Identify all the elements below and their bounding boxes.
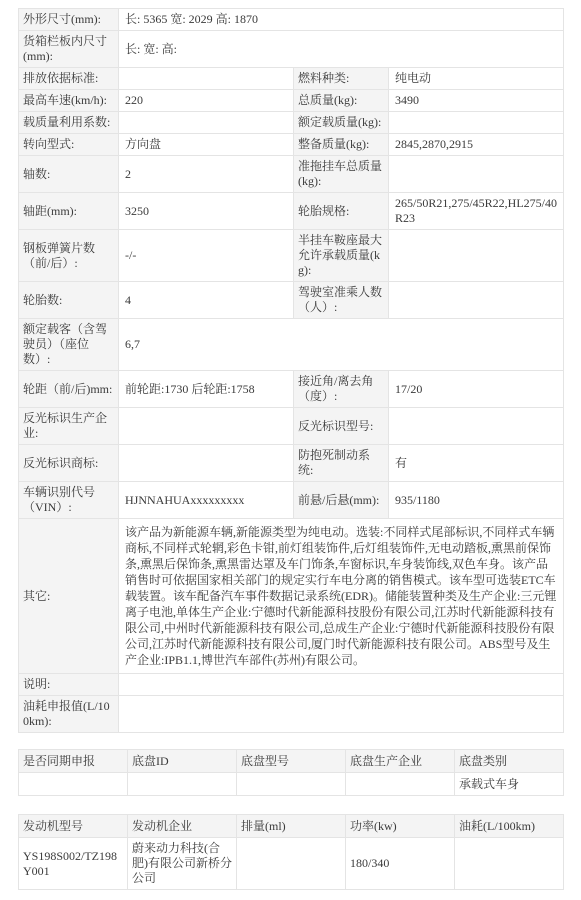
- spec-label: 载质量利用系数:: [19, 112, 119, 134]
- spec-row-axles-trailer: 轴数: 2 准拖挂车总质量(kg):: [19, 156, 564, 193]
- spec-value: [389, 282, 564, 319]
- spec-value: 935/1180: [389, 482, 564, 519]
- spec-row-tire-count-cab: 轮胎数: 4 驾驶室准乘人数（人）:: [19, 282, 564, 319]
- spec-label: 额定载质量(kg):: [294, 112, 389, 134]
- spec-value: [119, 696, 564, 733]
- spec-value: -/-: [119, 230, 294, 282]
- spec-label: 排放依据标准:: [19, 68, 119, 90]
- spec-row-springs-saddle: 钢板弹簧片数（前/后）: -/- 半挂车鞍座最大允许承载质量(kg):: [19, 230, 564, 282]
- spec-value: 有: [389, 445, 564, 482]
- spec-value: 265/50R21,275/45R22,HL275/40R23: [389, 193, 564, 230]
- spec-value: 长: 5365 宽: 2029 高: 1870: [119, 9, 564, 31]
- spec-row-notes: 说明:: [19, 674, 564, 696]
- chassis-cell: [19, 773, 128, 796]
- spec-label: 最高车速(km/h):: [19, 90, 119, 112]
- spec-row-reflector-maker-model: 反光标识生产企业: 反光标识型号:: [19, 408, 564, 445]
- vin-value: HJNNAHUAxxxxxxxxx: [119, 482, 294, 519]
- spec-value: 前轮距:1730 后轮距:1758: [119, 371, 294, 408]
- engine-header: 发动机型号: [19, 815, 128, 838]
- chassis-header: 是否同期申报: [19, 750, 128, 773]
- spec-label: 外形尺寸(mm):: [19, 9, 119, 31]
- spec-row-vin-overhang: 车辆识别代号（VIN）: HJNNAHUAxxxxxxxxx 前悬/后悬(mm)…: [19, 482, 564, 519]
- engine-maker-cell: 蔚来动力科技(合肥)有限公司新桥分公司: [128, 838, 237, 890]
- engine-table: 发动机型号 发动机企业 排量(ml) 功率(kw) 油耗(L/100km) YS…: [18, 814, 564, 890]
- spec-label: 车辆识别代号（VIN）:: [19, 482, 119, 519]
- spec-row-other: 其它: 该产品为新能源车辆,新能源类型为纯电动。选装:不同样式尾部标识,不同样式…: [19, 519, 564, 674]
- vehicle-declaration-page: 外形尺寸(mm): 长: 5365 宽: 2029 高: 1870 货箱栏板内尺…: [0, 0, 581, 900]
- spec-label: 前悬/后悬(mm):: [294, 482, 389, 519]
- spec-value: 3250: [119, 193, 294, 230]
- engine-displacement-cell: [237, 838, 346, 890]
- spec-value: [389, 156, 564, 193]
- spec-label: 轴距(mm):: [19, 193, 119, 230]
- spec-value: 长: 宽: 高:: [119, 31, 564, 68]
- spec-value: [119, 112, 294, 134]
- chassis-cell: 承载式车身: [455, 773, 564, 796]
- spec-value: 方向盘: [119, 134, 294, 156]
- spec-label: 油耗申报值(L/100km):: [19, 696, 119, 733]
- spec-row-wheelbase-tires: 轴距(mm): 3250 轮胎规格: 265/50R21,275/45R22,H…: [19, 193, 564, 230]
- spec-label: 准拖挂车总质量(kg):: [294, 156, 389, 193]
- spec-label: 轮胎数:: [19, 282, 119, 319]
- spec-row-dimensions: 外形尺寸(mm): 长: 5365 宽: 2029 高: 1870: [19, 9, 564, 31]
- spec-label: 半挂车鞍座最大允许承载质量(kg):: [294, 230, 389, 282]
- engine-power-cell: 180/340: [346, 838, 455, 890]
- spec-row-reflector-brand-abs: 反光标识商标: 防抱死制动系统: 有: [19, 445, 564, 482]
- spec-label: 货箱栏板内尺寸(mm):: [19, 31, 119, 68]
- spec-label: 说明:: [19, 674, 119, 696]
- spec-value: 220: [119, 90, 294, 112]
- spec-value: [119, 674, 564, 696]
- spec-label: 总质量(kg):: [294, 90, 389, 112]
- spec-label: 接近角/离去角（度）:: [294, 371, 389, 408]
- engine-fuel-cell: [455, 838, 564, 890]
- spec-row-seating: 额定载客（含驾驶员）（座位数）: 6,7: [19, 319, 564, 371]
- chassis-header: 底盘ID: [128, 750, 237, 773]
- spec-row-load-factor: 载质量利用系数: 额定载质量(kg):: [19, 112, 564, 134]
- spec-label: 转向型式:: [19, 134, 119, 156]
- spec-row-emission-fuel: 排放依据标准: 燃料种类: 纯电动: [19, 68, 564, 90]
- engine-model-cell: YS198S002/TZ198Y001: [19, 838, 128, 890]
- spec-value: 17/20: [389, 371, 564, 408]
- spec-value: 3490: [389, 90, 564, 112]
- chassis-header: 底盘生产企业: [346, 750, 455, 773]
- spec-label: 反光标识型号:: [294, 408, 389, 445]
- spec-label: 额定载客（含驾驶员）（座位数）:: [19, 319, 119, 371]
- chassis-table: 是否同期申报 底盘ID 底盘型号 底盘生产企业 底盘类别 承载式车身: [18, 749, 564, 796]
- vehicle-spec-table: 外形尺寸(mm): 长: 5365 宽: 2029 高: 1870 货箱栏板内尺…: [18, 8, 564, 733]
- engine-header: 功率(kw): [346, 815, 455, 838]
- chassis-header: 底盘类别: [455, 750, 564, 773]
- spec-value: 纯电动: [389, 68, 564, 90]
- spec-label: 反光标识商标:: [19, 445, 119, 482]
- spec-label: 轮胎规格:: [294, 193, 389, 230]
- spec-label: 防抱死制动系统:: [294, 445, 389, 482]
- engine-header: 发动机企业: [128, 815, 237, 838]
- spec-row-fuel-declared: 油耗申报值(L/100km):: [19, 696, 564, 733]
- spec-label: 轮距（前/后)mm:: [19, 371, 119, 408]
- chassis-cell: [346, 773, 455, 796]
- spec-value: [389, 408, 564, 445]
- spec-value: 2845,2870,2915: [389, 134, 564, 156]
- other-description-text: 该产品为新能源车辆,新能源类型为纯电动。选装:不同样式尾部标识,不同样式车辆商标…: [119, 519, 564, 674]
- spec-row-cargo-box: 货箱栏板内尺寸(mm): 长: 宽: 高:: [19, 31, 564, 68]
- spec-row-speed-mass: 最高车速(km/h): 220 总质量(kg): 3490: [19, 90, 564, 112]
- spec-value: [119, 408, 294, 445]
- spec-row-steering-curb-mass: 转向型式: 方向盘 整备质量(kg): 2845,2870,2915: [19, 134, 564, 156]
- chassis-cell: [237, 773, 346, 796]
- spec-value: 2: [119, 156, 294, 193]
- spec-row-track-angles: 轮距（前/后)mm: 前轮距:1730 后轮距:1758 接近角/离去角（度）:…: [19, 371, 564, 408]
- chassis-data-row: 承载式车身: [19, 773, 564, 796]
- engine-header: 排量(ml): [237, 815, 346, 838]
- chassis-header-row: 是否同期申报 底盘ID 底盘型号 底盘生产企业 底盘类别: [19, 750, 564, 773]
- chassis-cell: [128, 773, 237, 796]
- spec-label: 燃料种类:: [294, 68, 389, 90]
- engine-header: 油耗(L/100km): [455, 815, 564, 838]
- spec-value: [389, 112, 564, 134]
- spec-label: 轴数:: [19, 156, 119, 193]
- spec-value: [119, 68, 294, 90]
- spec-value: [389, 230, 564, 282]
- spec-label: 钢板弹簧片数（前/后）:: [19, 230, 119, 282]
- chassis-header: 底盘型号: [237, 750, 346, 773]
- spec-value: 4: [119, 282, 294, 319]
- spec-value: [119, 445, 294, 482]
- spec-value: 6,7: [119, 319, 564, 371]
- engine-data-row: YS198S002/TZ198Y001 蔚来动力科技(合肥)有限公司新桥分公司 …: [19, 838, 564, 890]
- spec-label: 其它:: [19, 519, 119, 674]
- spec-label: 反光标识生产企业:: [19, 408, 119, 445]
- spec-label: 驾驶室准乘人数（人）:: [294, 282, 389, 319]
- spec-label: 整备质量(kg):: [294, 134, 389, 156]
- engine-header-row: 发动机型号 发动机企业 排量(ml) 功率(kw) 油耗(L/100km): [19, 815, 564, 838]
